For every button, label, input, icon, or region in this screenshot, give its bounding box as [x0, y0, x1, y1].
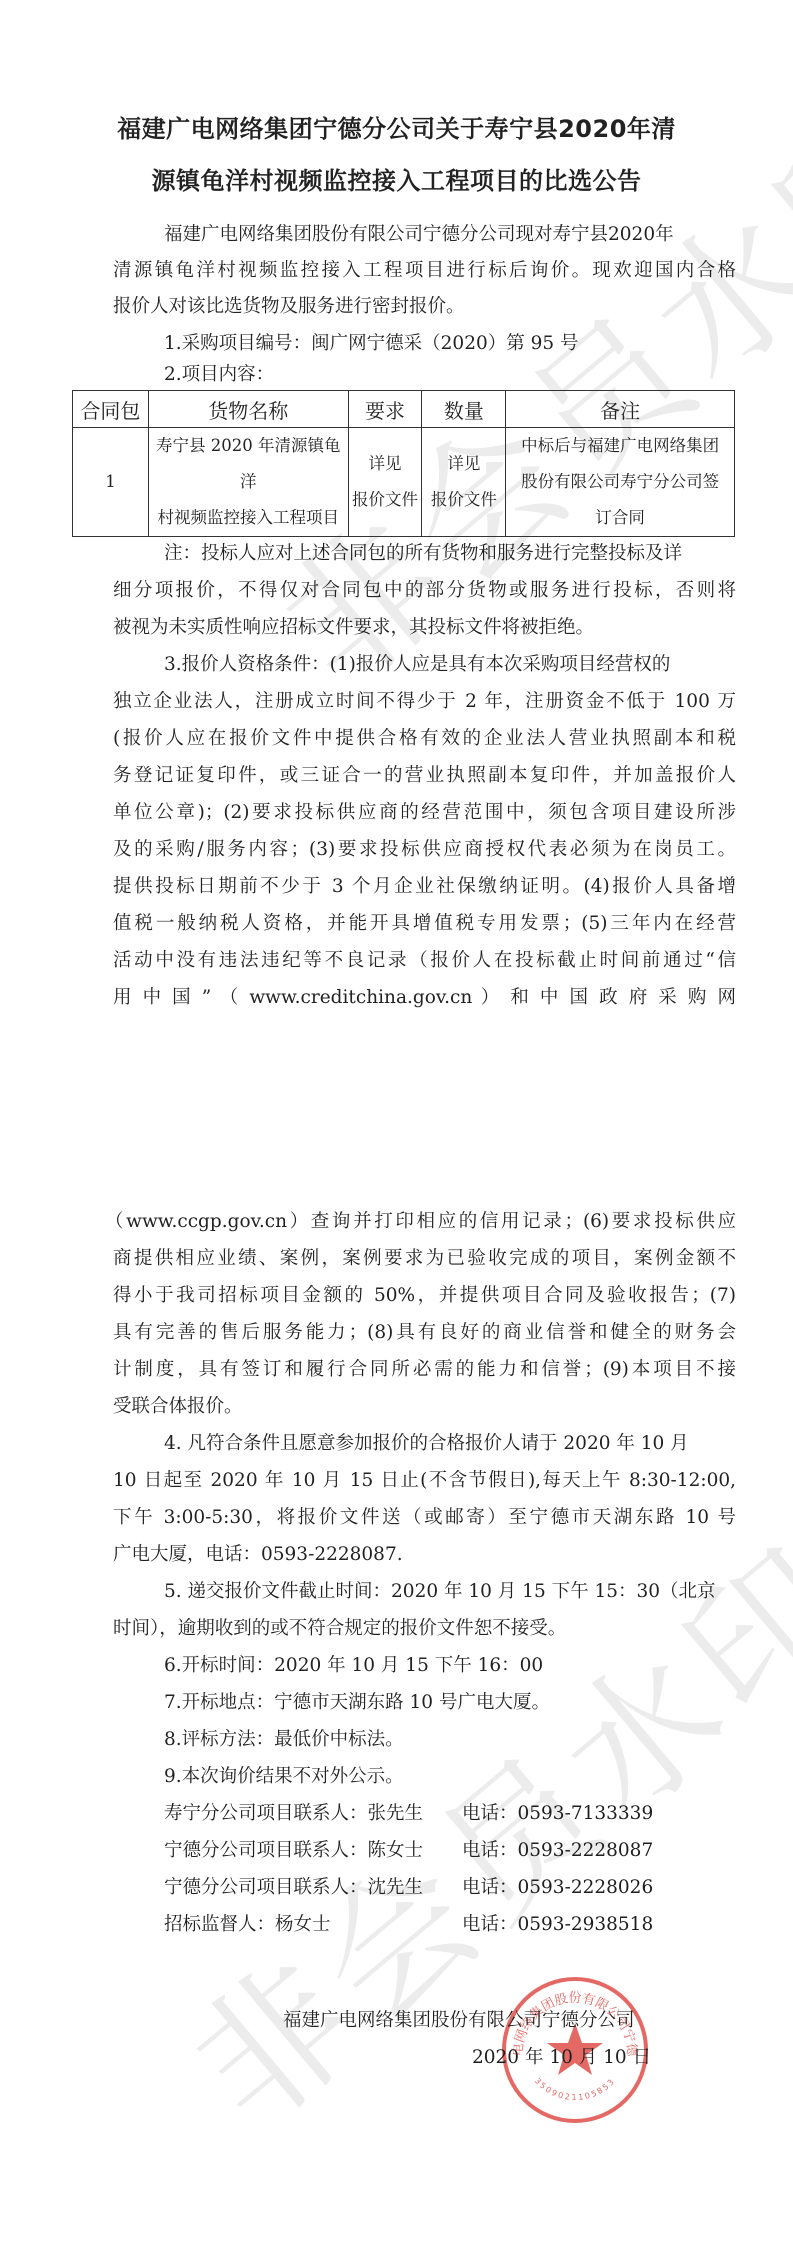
- contact-phone: 电话：0593-2228087: [462, 1840, 653, 1862]
- contact-label: 招标监督人：杨女士: [164, 1914, 331, 1935]
- item-1-procurement-number: 1.采购项目编号：闽广网宁德采（2020）第 95 号: [164, 333, 579, 355]
- item-4-line-3: 下午 3:00-5:30，将报价文件送（或邮寄）至宁德市天湖东路 10 号: [113, 1507, 736, 1529]
- contact-row: 宁德分公司项目联系人：沈先生 电话：0593-2228026: [164, 1877, 423, 1899]
- item-6-opening-time: 6.开标时间：2020 年 10 月 15 下午 16：00: [164, 1655, 543, 1677]
- header-goods-name: 货物名称: [148, 391, 348, 428]
- item-2-project-content: 2.项目内容：: [164, 364, 274, 386]
- item-3-line-9: 活动中没有违法违纪等不良记录（报价人在投标截止时间前通过“信: [113, 950, 736, 972]
- item-3-line-2: 独立企业法人，注册成立时间不得少于 2 年，注册资金不低于 100 万: [113, 691, 736, 713]
- cell-remark: 中标后与福建广电网络集团 股份有限公司寿宁分公司签 订合同: [506, 428, 735, 537]
- quantity-line-1: 详见: [422, 446, 505, 482]
- contact-row: 宁德分公司项目联系人：陈女士 电话：0593-2228087: [164, 1840, 423, 1862]
- item-4-line-4: 广电大厦，电话：0593-2228087.: [113, 1544, 403, 1566]
- svg-text:3509021105853: 3509021105853: [533, 2076, 617, 2102]
- quantity-line-2: 报价文件: [422, 482, 505, 518]
- item-3-cont-line-6: 受联合体报价。: [113, 1396, 243, 1418]
- item-3-cont-line-2: 商提供相应业绩、案例，案例要求为已验收完成的项目，案例金额不: [113, 1248, 736, 1270]
- contact-row: 寿宁分公司项目联系人：张先生 电话：0593-7133339: [164, 1803, 423, 1825]
- header-quantity: 数量: [422, 391, 506, 428]
- note-line-2: 细分项报价，不得仅对合同包中的部分货物或服务进行投标，否则将: [113, 580, 736, 602]
- item-3-line-8: 值税一般纳税人资格，并能开具增值税专用发票；(5)三年内在经营: [113, 913, 736, 935]
- signature-date: 2020 年 10 月 10 日: [472, 2047, 651, 2069]
- header-package: 合同包: [73, 391, 149, 428]
- page-title-line-1: 福建广电网络集团宁德分公司关于寿宁县2020年清: [60, 103, 733, 155]
- cell-package: 1: [73, 428, 149, 537]
- item-3-cont-line-1: （www.ccgp.gov.cn）查询并打印相应的信用记录；(6)要求投标供应: [105, 1211, 736, 1233]
- item-9-result-notice: 9.本次询价结果不对外公示。: [164, 1766, 404, 1788]
- item-5-line-1: 5. 递交报价文件截止时间：2020 年 10 月 15 下午 15：30（北京: [164, 1581, 716, 1603]
- item-3-line-3: (报价人应在报价文件中提供合格有效的企业法人营业执照副本和税: [113, 728, 736, 750]
- remark-line-2: 股份有限公司寿宁分公司签: [506, 464, 734, 500]
- item-5-line-2: 时间），逾期收到的或不符合规定的报价文件恕不接受。: [113, 1618, 566, 1640]
- remark-line-3: 订合同: [506, 500, 734, 536]
- item-3-line-5: 单位公章)；(2)要求投标供应商的经营范围中，须包含项目建设所涉: [113, 802, 736, 824]
- remark-line-1: 中标后与福建广电网络集团: [506, 428, 734, 464]
- item-3-cont-line-4: 具有完善的售后服务能力；(8)具有良好的商业信誉和健全的财务会: [113, 1322, 736, 1344]
- header-requirement: 要求: [348, 391, 422, 428]
- contact-phone: 电话：0593-2228026: [462, 1877, 653, 1899]
- note-line-3: 被视为未实质性响应招标文件要求，其投标文件将被拒绝。: [113, 617, 594, 639]
- table-row: 1 寿宁县 2020 年清源镇龟洋 村视频监控接入工程项目 详见 报价文件 详见…: [73, 428, 735, 537]
- cell-goods-name: 寿宁县 2020 年清源镇龟洋 村视频监控接入工程项目: [148, 428, 348, 537]
- cell-quantity: 详见 报价文件: [422, 428, 506, 537]
- item-3-line-10: 用 中 国 ” （ www.creditchina.gov.cn ） 和 中 国…: [113, 987, 736, 1009]
- item-3-line-7: 提供投标日期前不少于 3 个月企业社保缴纳证明。(4)报价人具备增: [113, 876, 736, 898]
- contact-label: 宁德分公司项目联系人：沈先生: [164, 1877, 423, 1898]
- contact-phone: 电话：0593-7133339: [462, 1803, 653, 1825]
- item-3-cont-line-5: 计制度，具有签订和履行合同所必需的能力和信誉；(9)本项目不接: [113, 1359, 736, 1381]
- item-8-evaluation-method: 8.评标方法：最低价中标法。: [164, 1729, 404, 1751]
- header-remark: 备注: [506, 391, 735, 428]
- item-3-line-4: 务登记证复印件，或三证合一的营业执照副本复印件，并加盖报价人: [113, 765, 736, 787]
- contact-row: 招标监督人：杨女士 电话：0593-2938518: [164, 1914, 331, 1936]
- requirement-line-2: 报价文件: [349, 482, 422, 518]
- requirement-line-1: 详见: [349, 446, 422, 482]
- intro-line-2: 清源镇龟洋村视频监控接入工程项目进行标后询价。现欢迎国内合格: [113, 260, 736, 282]
- signature-company: 福建广电网络集团股份有限公司宁德分公司: [283, 2010, 635, 2032]
- cell-requirement: 详见 报价文件: [348, 428, 422, 537]
- document-page: 非会员水印 非会员水印 福建广电网络集团宁德分公司关于寿宁县2020年清 源镇龟…: [0, 0, 793, 2242]
- item-3-line-1: 3.报价人资格条件：(1)报价人应是具有本次采购项目经营权的: [164, 654, 670, 676]
- goods-line-2: 村视频监控接入工程项目: [149, 500, 348, 536]
- note-line-1: 注：投标人应对上述合同包的所有货物和服务进行完整投标及详: [164, 543, 682, 565]
- contact-label: 寿宁分公司项目联系人：张先生: [164, 1803, 423, 1824]
- item-3-cont-line-3: 得小于我司招标项目金额的 50%，并提供项目合同及验收报告；(7): [113, 1285, 736, 1307]
- page-title-line-2: 源镇龟洋村视频监控接入工程项目的比选公告: [60, 155, 733, 207]
- contact-label: 宁德分公司项目联系人：陈女士: [164, 1840, 423, 1861]
- item-4-line-1: 4. 凡符合条件且愿意参加报价的合格报价人请于 2020 年 10 月: [164, 1433, 689, 1455]
- goods-line-1: 寿宁县 2020 年清源镇龟洋: [149, 428, 348, 500]
- table-header-row: 合同包 货物名称 要求 数量 备注: [73, 391, 735, 428]
- contact-phone: 电话：0593-2938518: [462, 1914, 653, 1936]
- item-3-line-6: 及的采购/服务内容；(3)要求投标供应商授权代表必须为在岗员工。: [113, 839, 736, 861]
- project-content-table: 合同包 货物名称 要求 数量 备注 1 寿宁县 2020 年清源镇龟洋 村视频监…: [72, 390, 735, 537]
- item-7-opening-location: 7.开标地点：宁德市天湖东路 10 号广电大厦。: [164, 1692, 550, 1714]
- item-4-line-2: 10 日起至 2020 年 10 月 15 日止(不含节假日),每天上午 8:3…: [113, 1470, 736, 1492]
- intro-line-3: 报价人对该比选货物及服务进行密封报价。: [113, 296, 465, 318]
- intro-line-1: 福建广电网络集团股份有限公司宁德分公司现对寿宁县2020年: [164, 224, 674, 246]
